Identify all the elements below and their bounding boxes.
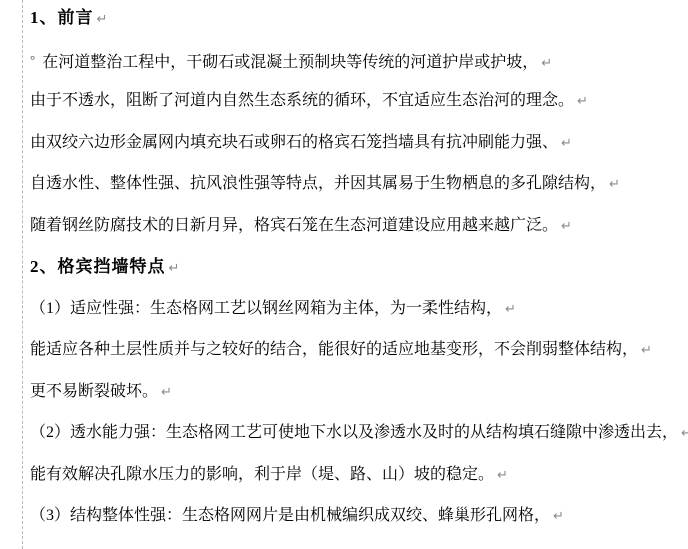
paragraph-line[interactable]: 自透水性、整体性强、抗风浪性强等特点，并因其属易于生物栖息的多孔隙结构，↵ bbox=[30, 173, 688, 215]
paragraph-text: 自透水性、整体性强、抗风浪性强等特点，并因其属易于生物栖息的多孔隙结构， bbox=[30, 173, 606, 195]
heading-text: 1、前言 bbox=[30, 7, 94, 29]
paragraph-return-mark-icon: ↵ bbox=[681, 423, 688, 445]
document-content[interactable]: 1、前言↵°在河道整治工程中，干砌石或混凝土预制块等传统的河道护岸或护坡，↵由于… bbox=[30, 0, 688, 547]
paragraph-return-mark-icon: ↵ bbox=[169, 258, 180, 280]
heading-line[interactable]: 1、前言↵ bbox=[30, 7, 688, 49]
paragraph-line[interactable]: （2）透水能力强：生态格网工艺可使地下水以及渗透水及时的从结构填石缝隙中渗透出去… bbox=[30, 422, 688, 464]
paragraph-return-mark-icon: ↵ bbox=[497, 465, 508, 487]
paragraph-line[interactable]: 由于不透水，阻断了河道内自然生态系统的循环，不宜适应生态治河的理念。↵ bbox=[30, 90, 688, 132]
paragraph-text: 由双绞六边形金属网内填充块石或卵石的格宾石笼挡墙具有抗冲刷能力强、 bbox=[30, 132, 558, 154]
paragraph-return-mark-icon: ↵ bbox=[609, 174, 620, 196]
paragraph-return-mark-icon: ↵ bbox=[641, 340, 652, 362]
document-page[interactable]: 1、前言↵°在河道整治工程中，干砌石或混凝土预制块等传统的河道护岸或护坡，↵由于… bbox=[0, 0, 688, 549]
paragraph-return-mark-icon: ↵ bbox=[505, 299, 516, 321]
paragraph-line[interactable]: 更不易断裂破坏。↵ bbox=[30, 381, 688, 423]
paragraph-return-mark-icon: ↵ bbox=[577, 91, 588, 113]
paragraph-return-mark-icon: ↵ bbox=[161, 382, 172, 404]
paragraph-return-mark-icon: ↵ bbox=[541, 53, 552, 75]
text-boundary-line bbox=[22, 0, 23, 549]
paragraph-line[interactable]: °在河道整治工程中，干砌石或混凝土预制块等传统的河道护岸或护坡，↵ bbox=[30, 49, 688, 91]
paragraph-text: 随着钢丝防腐技术的日新月异，格宾石笼在生态河道建设应用越来越广泛。 bbox=[30, 215, 558, 237]
paragraph-return-mark-icon: ↵ bbox=[97, 9, 108, 31]
paragraph-return-mark-icon: ↵ bbox=[561, 133, 572, 155]
paragraph-line[interactable]: （1）适应性强：生态格网工艺以钢丝网箱为主体，为一柔性结构，↵ bbox=[30, 298, 688, 340]
paragraph-line[interactable]: 能适应各种土层性质并与之较好的结合，能很好的适应地基变形，不会削弱整体结构，↵ bbox=[30, 339, 688, 381]
paragraph-return-mark-icon: ↵ bbox=[561, 216, 572, 238]
fullwidth-space-mark: ° bbox=[30, 49, 35, 71]
paragraph-text: （1）适应性强：生态格网工艺以钢丝网箱为主体，为一柔性结构， bbox=[30, 298, 502, 320]
paragraph-line[interactable]: 随着钢丝防腐技术的日新月异，格宾石笼在生态河道建设应用越来越广泛。↵ bbox=[30, 215, 688, 257]
paragraph-text: 能适应各种土层性质并与之较好的结合，能很好的适应地基变形，不会削弱整体结构， bbox=[30, 339, 638, 361]
paragraph-line[interactable]: 由双绞六边形金属网内填充块石或卵石的格宾石笼挡墙具有抗冲刷能力强、↵ bbox=[30, 132, 688, 174]
paragraph-text: 能有效解决孔隙水压力的影响，利于岸（堤、路、山）坡的稳定。 bbox=[30, 464, 494, 486]
paragraph-text: 在河道整治工程中，干砌石或混凝土预制块等传统的河道护岸或护坡， bbox=[42, 52, 538, 74]
paragraph-return-mark-icon: ↵ bbox=[553, 506, 564, 528]
paragraph-text: 由于不透水，阻断了河道内自然生态系统的循环，不宜适应生态治河的理念。 bbox=[30, 90, 574, 112]
paragraph-line[interactable]: 能有效解决孔隙水压力的影响，利于岸（堤、路、山）坡的稳定。↵ bbox=[30, 464, 688, 506]
heading-text: 2、格宾挡墙特点 bbox=[30, 256, 166, 278]
paragraph-line[interactable]: （3）结构整体性强：生态格网网片是由机械编织成双绞、蜂巢形孔网格，↵ bbox=[30, 505, 688, 547]
paragraph-text: （2）透水能力强：生态格网工艺可使地下水以及渗透水及时的从结构填石缝隙中渗透出去… bbox=[30, 422, 678, 444]
paragraph-text: （3）结构整体性强：生态格网网片是由机械编织成双绞、蜂巢形孔网格， bbox=[30, 505, 550, 527]
heading-line[interactable]: 2、格宾挡墙特点↵ bbox=[30, 256, 688, 298]
paragraph-text: 更不易断裂破坏。 bbox=[30, 381, 158, 403]
